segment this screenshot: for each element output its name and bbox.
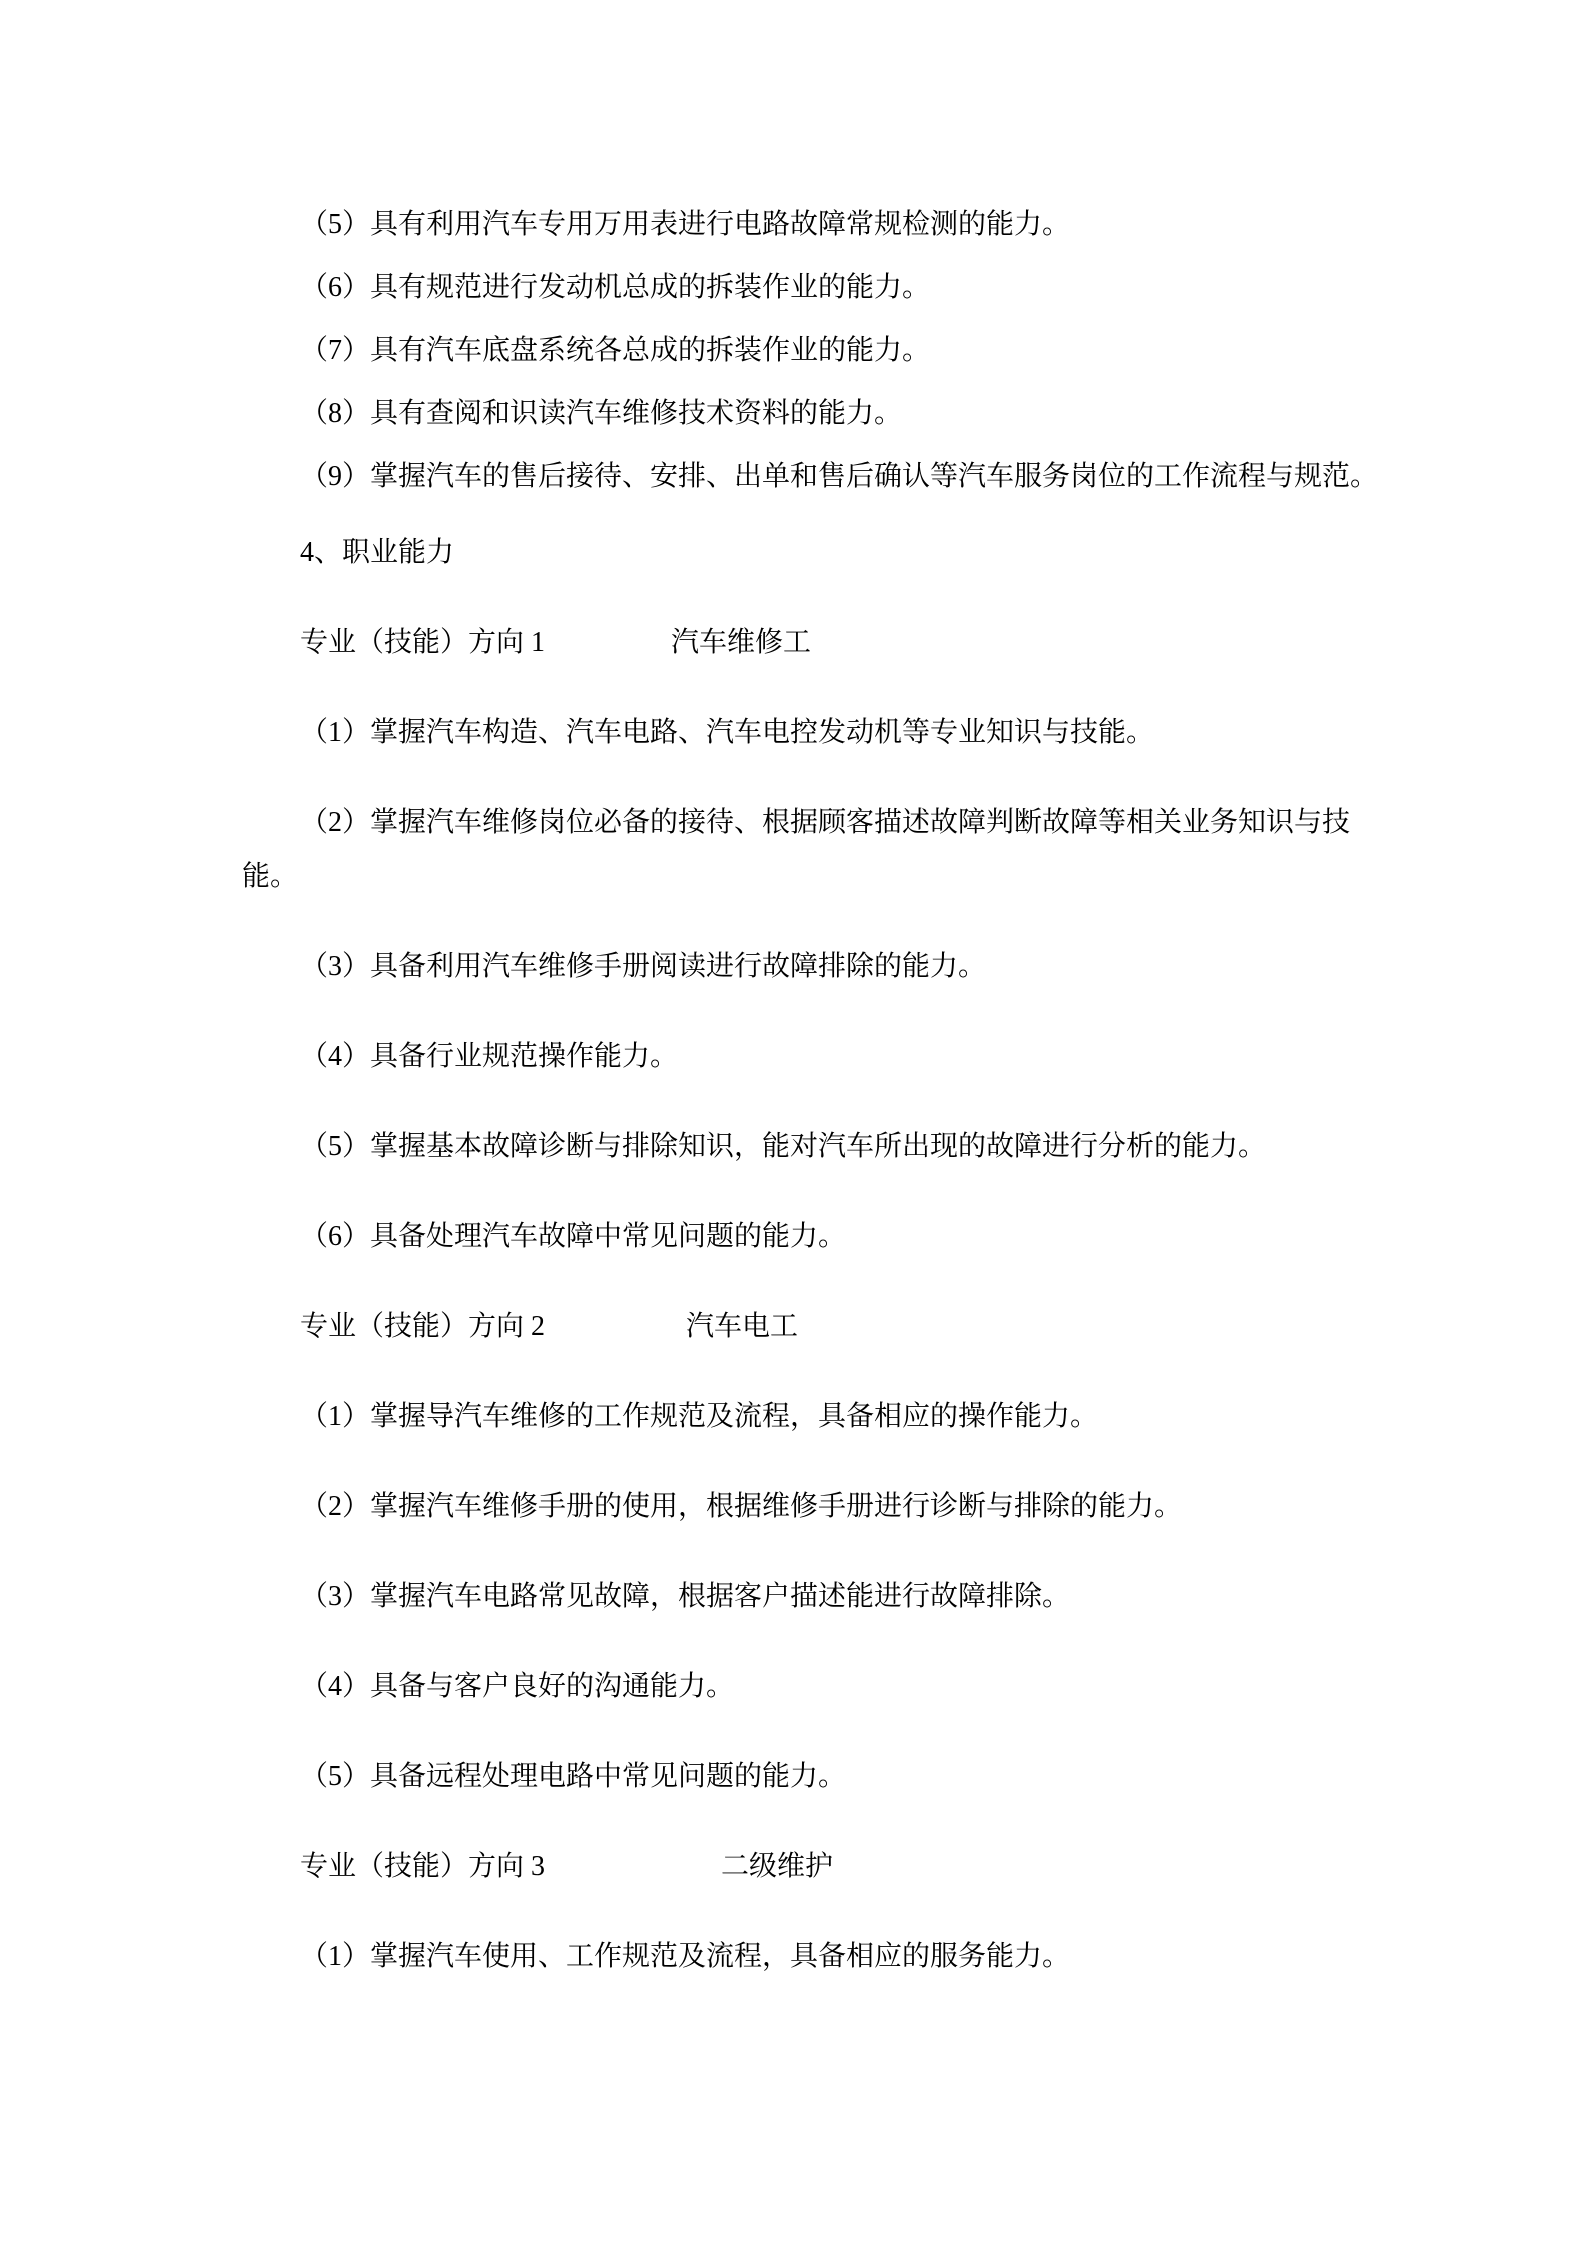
ability-item: （7）具有汽车底盘系统各总成的拆装作业的能力。 xyxy=(242,319,1382,382)
direction-1-item: （2）掌握汽车维修岗位必备的接待、根据顾客描述故障判断故障等相关业务知识与技能。 xyxy=(242,778,1382,922)
ability-item: （5）具有利用汽车专用万用表进行电路故障常规检测的能力。 xyxy=(242,193,1382,256)
direction-2-item: （5）具备远程处理电路中常见问题的能力。 xyxy=(242,1732,1382,1822)
ability-item: （8）具有查阅和识读汽车维修技术资料的能力。 xyxy=(242,382,1382,445)
direction-3-item: （1）掌握汽车使用、工作规范及流程，具备相应的服务能力。 xyxy=(242,1912,1382,2002)
ability-item: （6）具有规范进行发动机总成的拆装作业的能力。 xyxy=(242,256,1382,319)
direction-3-title: 二级维护 xyxy=(721,1851,833,1882)
direction-1-prefix: 专业（技能）方向 1 xyxy=(300,627,545,658)
direction-2-prefix: 专业（技能）方向 2 xyxy=(300,1311,545,1342)
direction-3-prefix: 专业（技能）方向 3 xyxy=(300,1851,545,1882)
direction-1-item: （6）具备处理汽车故障中常见问题的能力。 xyxy=(242,1192,1382,1282)
direction-2-item: （2）掌握汽车维修手册的使用，根据维修手册进行诊断与排除的能力。 xyxy=(242,1462,1382,1552)
document-content: （5）具有利用汽车专用万用表进行电路故障常规检测的能力。 （6）具有规范进行发动… xyxy=(242,193,1382,2002)
ability-item: （9）掌握汽车的售后接待、安排、出单和售后确认等汽车服务岗位的工作流程与规范。 xyxy=(242,445,1382,508)
direction-2-item: （4）具备与客户良好的沟通能力。 xyxy=(242,1642,1382,1732)
direction-3-heading: 专业（技能）方向 3二级维护 xyxy=(242,1822,1382,1912)
direction-2-item: （1）掌握导汽车维修的工作规范及流程，具备相应的操作能力。 xyxy=(242,1372,1382,1462)
direction-1-item: （5）掌握基本故障诊断与排除知识，能对汽车所出现的故障进行分析的能力。 xyxy=(242,1102,1382,1192)
direction-2-item: （3）掌握汽车电路常见故障，根据客户描述能进行故障排除。 xyxy=(242,1552,1382,1642)
direction-1-heading: 专业（技能）方向 1汽车维修工 xyxy=(242,598,1382,688)
direction-1-item: （3）具备利用汽车维修手册阅读进行故障排除的能力。 xyxy=(242,922,1382,1012)
direction-1-item: （1）掌握汽车构造、汽车电路、汽车电控发动机等专业知识与技能。 xyxy=(242,688,1382,778)
section-heading: 4、职业能力 xyxy=(242,508,1382,598)
direction-1-title: 汽车维修工 xyxy=(671,627,811,658)
direction-2-heading: 专业（技能）方向 2汽车电工 xyxy=(242,1282,1382,1372)
direction-1-item: （4）具备行业规范操作能力。 xyxy=(242,1012,1382,1102)
document-page: （5）具有利用汽车专用万用表进行电路故障常规检测的能力。 （6）具有规范进行发动… xyxy=(0,0,1587,2245)
direction-2-title: 汽车电工 xyxy=(686,1311,798,1342)
